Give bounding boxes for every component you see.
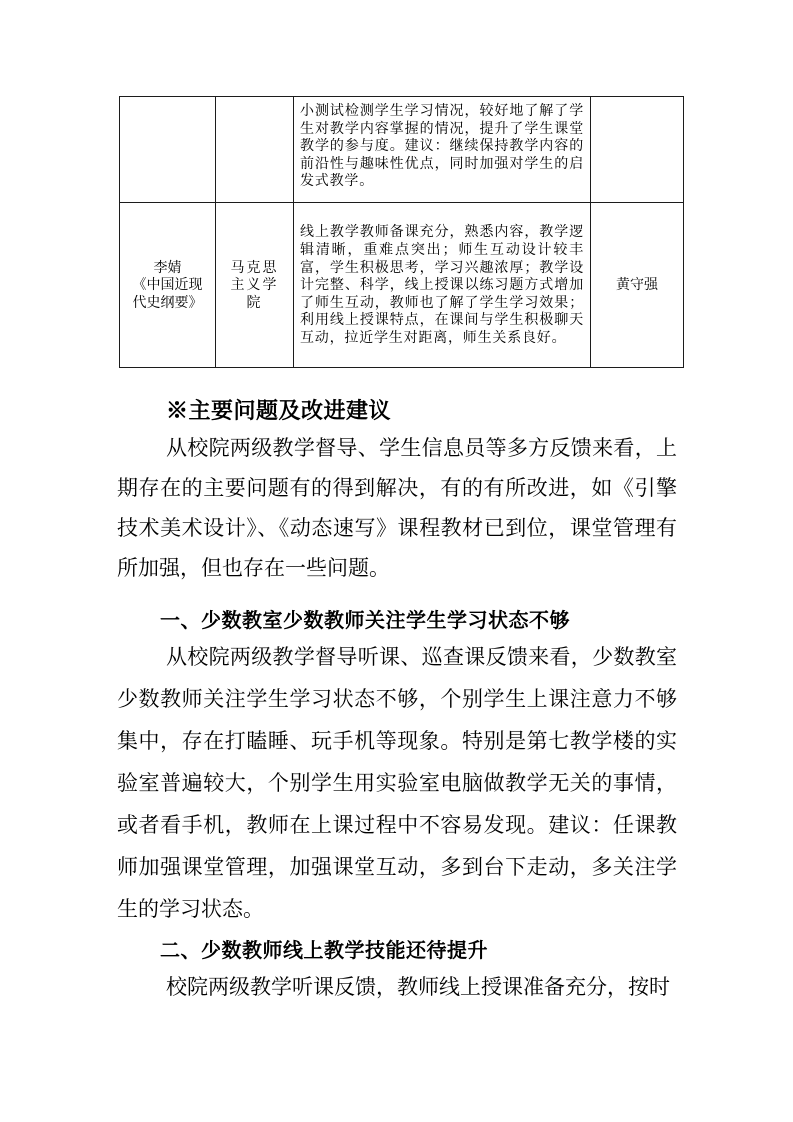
review-comments-cell: 线上教学教师备课充分，熟悉内容，教学逻辑清晰，重难点突出；师生互动设计较丰富，学… — [294, 203, 591, 368]
section-2-heading: 二、少数教师线上教学技能还待提升 — [160, 934, 488, 963]
teacher-course-cell — [120, 97, 216, 203]
department-cell — [216, 97, 294, 203]
section-2-paragraph: 校院两级教学听课反馈，教师线上授课准备充分，按时 — [117, 966, 677, 1008]
main-heading: ※主要问题及改进建议 — [166, 394, 391, 425]
teacher-course-cell: 李婧 《中国近现代史纲要》 — [120, 203, 216, 368]
document-page: 小测试检测学生学习情况，较好地了解了学生对教学内容掌握的情况，提升了学生课堂教学… — [0, 0, 793, 1122]
department-cell: 马克思主义学院 — [216, 203, 294, 368]
review-comments-cell: 小测试检测学生学习情况，较好地了解了学生对教学内容掌握的情况，提升了学生课堂教学… — [294, 97, 591, 203]
teaching-review-table: 小测试检测学生学习情况，较好地了解了学生对教学内容掌握的情况，提升了学生课堂教学… — [119, 96, 684, 368]
table-row-continued: 小测试检测学生学习情况，较好地了解了学生对教学内容掌握的情况，提升了学生课堂教学… — [120, 97, 684, 203]
reviewer-cell: 黄守强 — [591, 203, 684, 368]
section-1-paragraph: 从校院两级教学督导听课、巡查课反馈来看，少数教室少数教师关注学生学习状态不够，个… — [117, 636, 677, 930]
table-row-li-jing: 李婧 《中国近现代史纲要》 马克思主义学院 线上教学教师备课充分，熟悉内容，教学… — [120, 203, 684, 368]
reviewer-cell — [591, 97, 684, 203]
intro-paragraph: 从校院两级教学督导、学生信息员等多方反馈来看，上期存在的主要问题有的得到解决，有… — [117, 428, 677, 588]
section-1-heading: 一、少数教室少数教师关注学生学习状态不够 — [160, 604, 570, 633]
